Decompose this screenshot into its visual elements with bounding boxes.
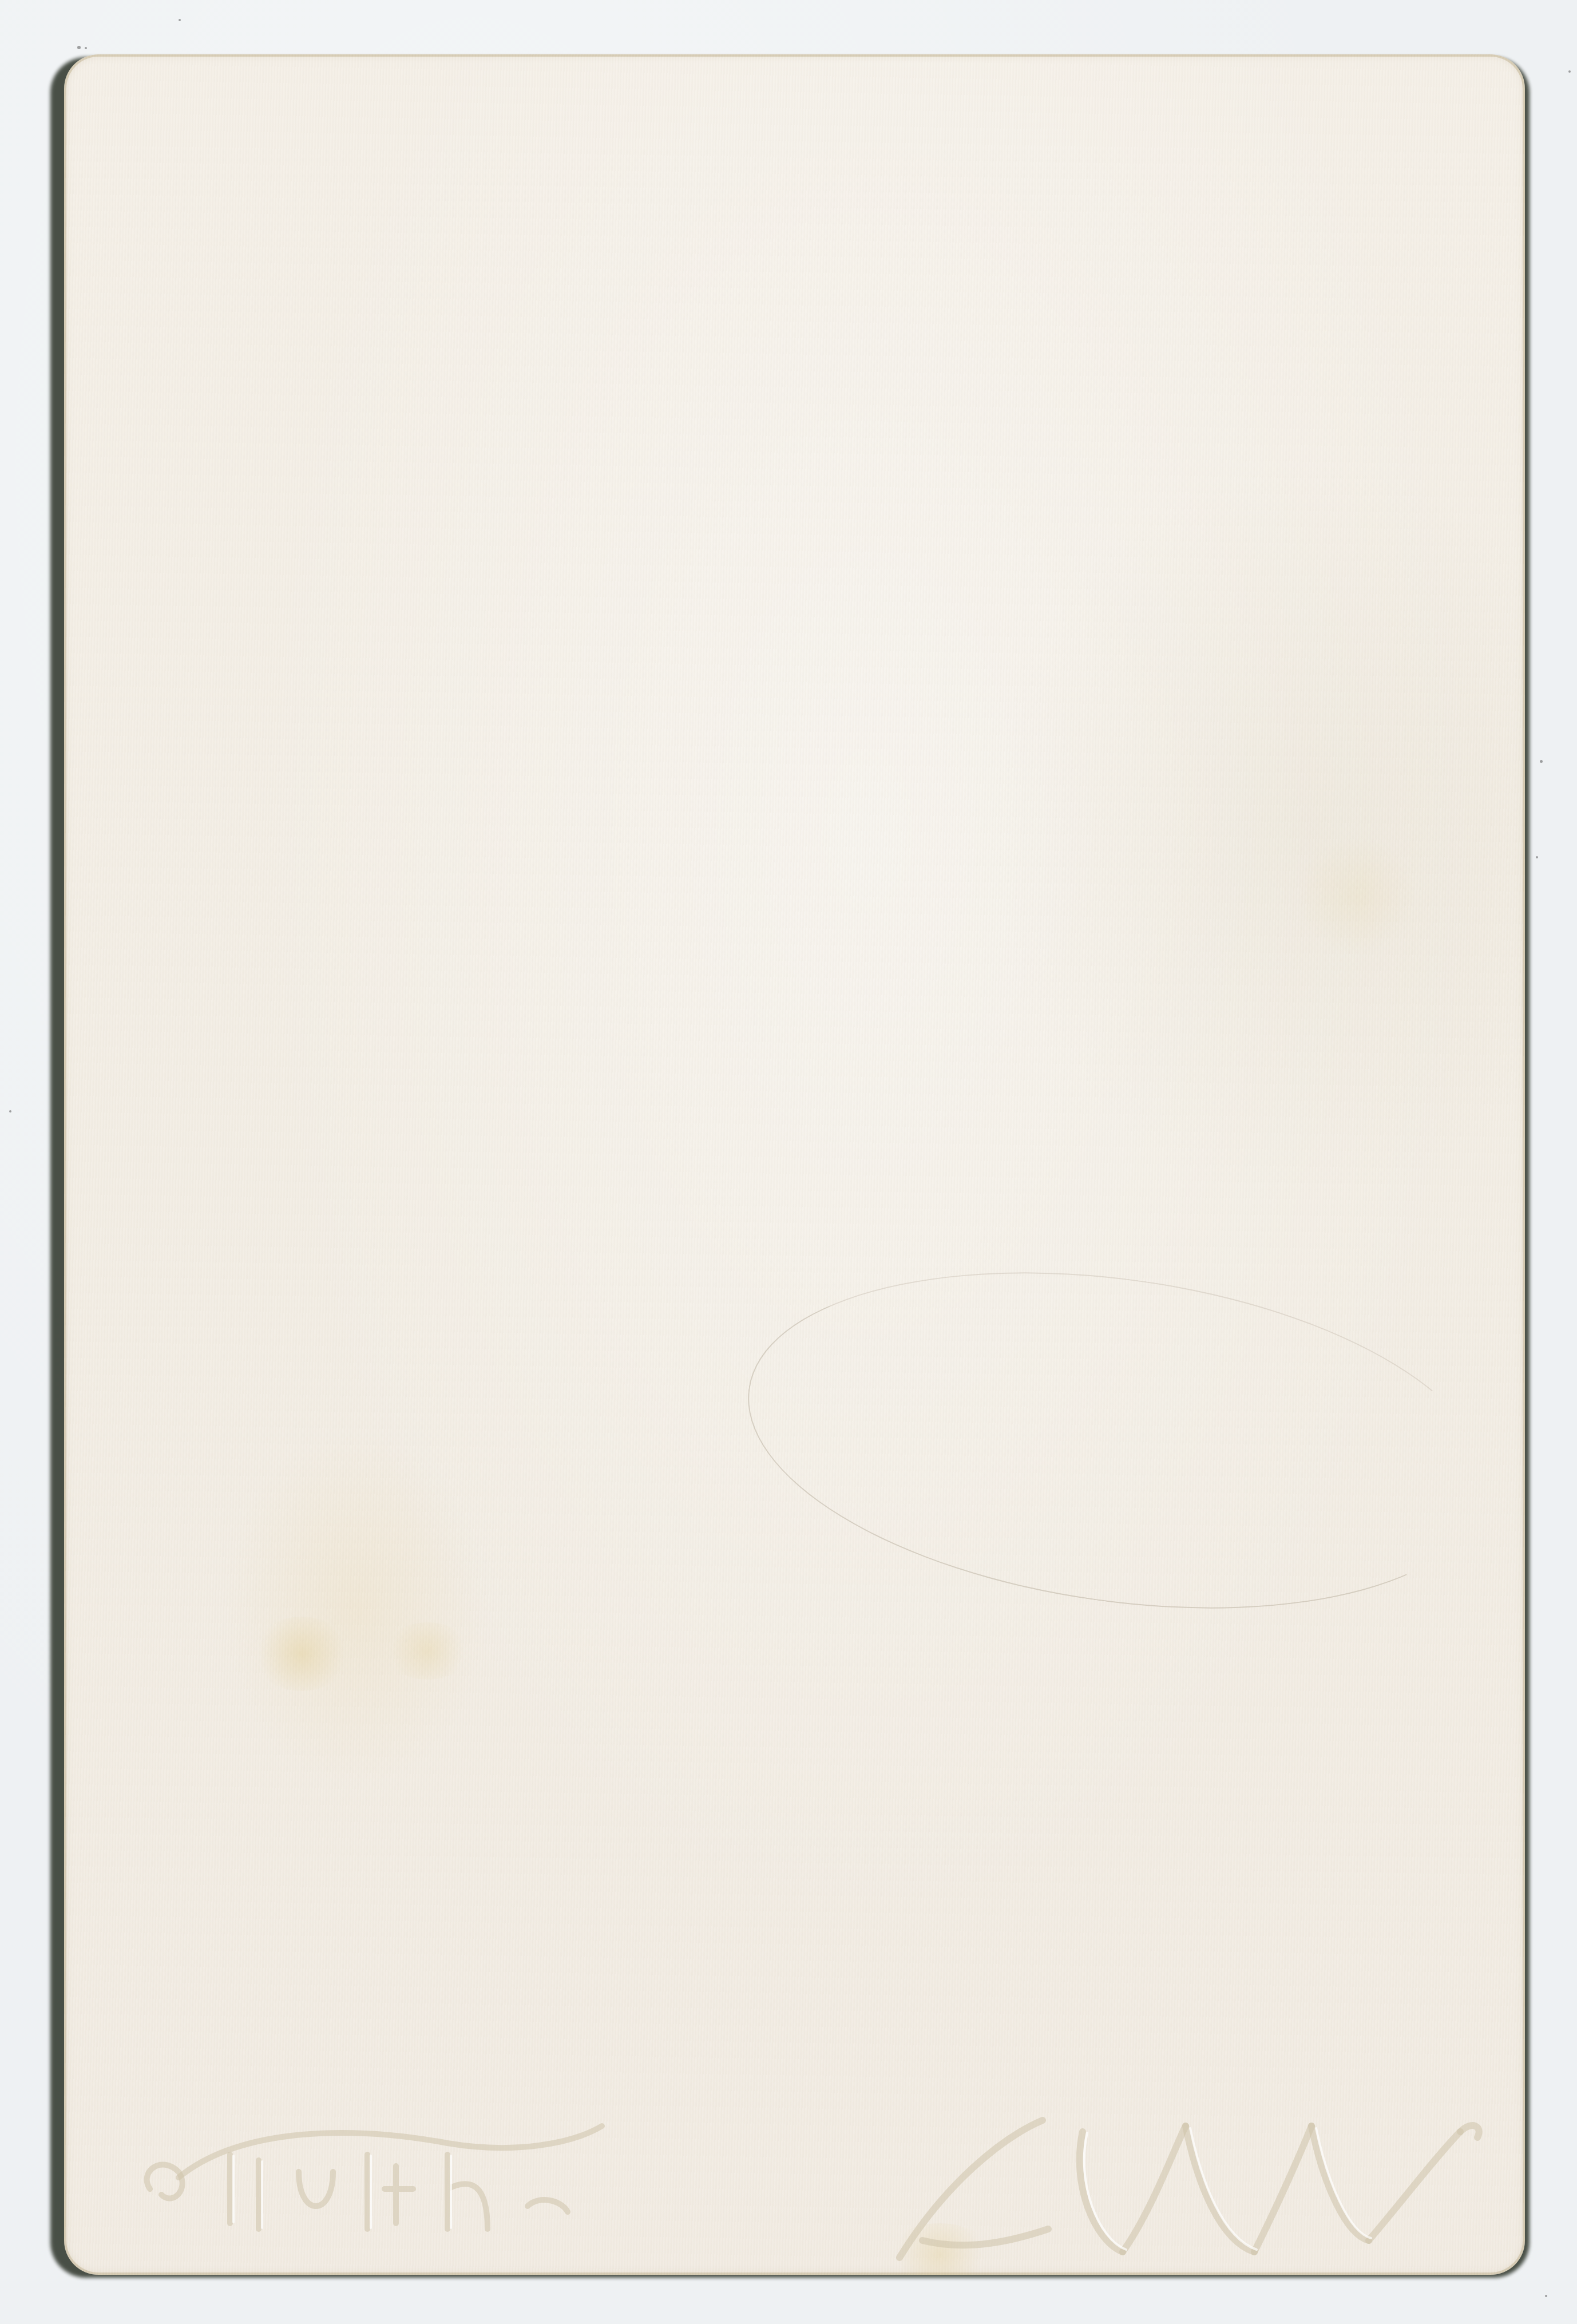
embossed-studio-location-mark [127,2092,642,2263]
dust-speck [85,47,87,49]
dust-speck [1536,856,1538,858]
foxing-stain [253,1617,350,1691]
dust-speck [77,46,81,49]
dust-speck [1540,760,1543,763]
foxing-stain [1300,833,1414,959]
dust-speck [1568,70,1571,73]
dust-speck [1545,2295,1547,2297]
dust-speck [9,1110,11,1112]
arc-scratch [726,1229,1510,1652]
embossed-photographer-signature [854,2069,1512,2275]
dust-speck [179,19,181,21]
cabinet-card-back [64,54,1525,2275]
foxing-stain [385,1622,470,1680]
